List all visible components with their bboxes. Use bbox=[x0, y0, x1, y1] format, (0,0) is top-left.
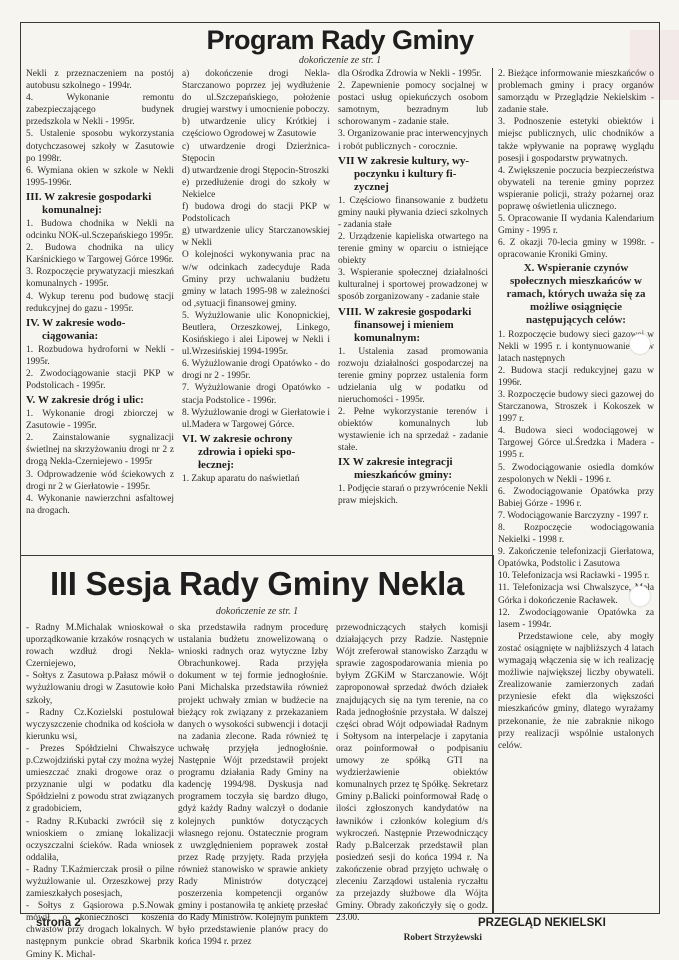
paragraph: 1. Wykonanie drogi zbiorczej w Zasutowie… bbox=[26, 408, 174, 432]
paragraph: - Radny R.Kubacki zwrócił się z wnioskie… bbox=[26, 816, 174, 864]
paragraph: 6. Z okazji 70-lecia gminy w 1998r. - op… bbox=[498, 237, 654, 261]
paragraph: 3. Podnoszenie estetyki obiektów i miejs… bbox=[498, 116, 654, 164]
section-heading: VIII. W zakresie gospodarkifinansowej i … bbox=[338, 306, 488, 345]
paragraph: 1. Częściowo finansowanie z budżetu gmin… bbox=[338, 195, 488, 231]
article1-column-1: Nekli z przeznaczeniem na postój autobus… bbox=[22, 68, 178, 517]
headline-iii-sesja: III Sesja Rady Gminy Nekla bbox=[20, 565, 494, 603]
paragraph: e) przedłużenie drogi do szkoły w Nekiel… bbox=[182, 177, 330, 201]
continuation-note: dokończenie ze str. 1 bbox=[20, 55, 660, 66]
article2-column-3: przewodniczących stałych komisji działaj… bbox=[332, 622, 492, 944]
paragraph: 2. Bieżące informowanie mieszkańców o pr… bbox=[498, 68, 654, 116]
paragraph: 2. Budowa chodnika na ulicy Karśnickiego… bbox=[26, 242, 174, 266]
paragraph: a) dokończenie drogi Nekla-Starczanowo p… bbox=[182, 68, 330, 116]
continuation-note: dokończenie ze str. 1 bbox=[20, 606, 494, 617]
paragraph: g) utwardzenie ulicy Starczanowskiej w N… bbox=[182, 225, 330, 249]
article1-column-4: 2. Bieżące informowanie mieszkańców o pr… bbox=[494, 68, 658, 752]
paragraph: 6. Zwodociągowanie Opatówka przy Babiej … bbox=[498, 486, 654, 510]
paragraph: c) utwardzenie drogi Dzierżnica-Stępocin bbox=[182, 141, 330, 165]
section-heading-line: komunalnej: bbox=[26, 204, 174, 217]
paragraph: - Sołtys z Zasutowa p.Pałasz mówił o wyż… bbox=[26, 670, 174, 706]
paper-hole bbox=[630, 586, 650, 606]
paragraph: 3. Organizowanie prac interwencyjnych i … bbox=[338, 128, 488, 152]
paragraph: 3. Rozpoczęcie prywatyzacji mieszkań kom… bbox=[26, 266, 174, 290]
paragraph: 3. Wspieranie społecznej działalności ku… bbox=[338, 267, 488, 303]
paragraph: 3. Odprowadzenie wód ściekowych z drogi … bbox=[26, 469, 174, 493]
paragraph: 1. Zakup aparatu do naświetlań bbox=[182, 473, 330, 485]
paragraph: O kolejności wykonywania prac na w/w odc… bbox=[182, 249, 330, 309]
paragraph: 1. Rozbudowa hydroforni w Nekli - 1995r. bbox=[26, 344, 174, 368]
section-heading-line: VII W zakresie kultury, wy- bbox=[338, 155, 469, 167]
page-number: strona 2 bbox=[36, 917, 81, 929]
section-heading: VII W zakresie kultury, wy-poczynku i ku… bbox=[338, 155, 488, 194]
section-heading: IV. W zakresie wodo-ciągowania: bbox=[26, 317, 174, 343]
paragraph: 10. Telefonizacja wsi Racławki - 1995 r. bbox=[498, 570, 654, 582]
paragraph: 4. Zwiększenie poczucia bezpieczeństwa o… bbox=[498, 165, 654, 213]
section-heading-line: III. W zakresie gospodarki bbox=[26, 191, 151, 203]
section-heading-line: VIII. W zakresie gospodarki bbox=[338, 306, 471, 318]
paragraph: 6. Wyżużlowanie drogi Opatówko - do drog… bbox=[182, 358, 330, 382]
paragraph: f) budowa drogi do stacji PKP w Podstoli… bbox=[182, 201, 330, 225]
paragraph: b) utwardzenie ulicy Krótkiej i częściow… bbox=[182, 116, 330, 140]
headline-program-rady-gminy: Program Rady Gminy bbox=[20, 25, 660, 56]
paragraph: 2. Urządzenie kapieliska otwartego na te… bbox=[338, 231, 488, 267]
paragraph: 8. Rozpoczęcie wodociągowania Nekielki -… bbox=[498, 522, 654, 546]
paragraph: 2. Budowa stacji redukcyjnej gazu w 1996… bbox=[498, 365, 654, 389]
section-heading-line: zdrowia i opieki spo- bbox=[182, 446, 330, 459]
paragraph: 4. Wykonanie nawierzchni asfaltowej na d… bbox=[26, 493, 174, 517]
paragraph: - Prezes Spółdzielni Chwałszyce p.Czwojd… bbox=[26, 743, 174, 816]
paragraph: 5. Wyżużlowanie ulic Konopnickiej, Beutl… bbox=[182, 310, 330, 358]
paragraph: przewodniczących stałych komisji działaj… bbox=[336, 622, 488, 924]
paper-hole bbox=[630, 334, 650, 354]
paragraph: 6. Wymiana okien w szkole w Nekli 1995-1… bbox=[26, 165, 174, 189]
section-heading-line: mieszkańców gminy: bbox=[338, 469, 488, 482]
article1-column-2: a) dokończenie drogi Nekla-Starczanowo p… bbox=[178, 68, 334, 485]
paragraph: 2. Zwodociągowanie stacji PKP w Podstoli… bbox=[26, 368, 174, 392]
paragraph: 8. Wyżużlowanie drogi w Gierłatowie i ul… bbox=[182, 407, 330, 431]
paragraph: - Radny T.Kaźmierczak prosił o pilne wyż… bbox=[26, 864, 174, 900]
paragraph: 7. Wyżużlowanie drogi Opatówko - stacja … bbox=[182, 382, 330, 406]
section-heading-line: zycznej bbox=[338, 181, 488, 194]
paragraph: dla Ośrodka Zdrowia w Nekli - 1995r. bbox=[338, 68, 488, 80]
paragraph: 3. Rozpoczęcie budowy sieci gazowej do S… bbox=[498, 389, 654, 425]
section-heading-line: V. W zakresie dróg i ulic: bbox=[26, 394, 144, 406]
paragraph: 5. Zwodociągowanie osiedla domków zespol… bbox=[498, 462, 654, 486]
section-heading: IX W zakresie integracjimieszkańców gmin… bbox=[338, 456, 488, 482]
paragraph: Przedstawione cele, aby mogły zostać osi… bbox=[498, 631, 654, 752]
paragraph: Nekli z przeznaczeniem na postój autobus… bbox=[26, 68, 174, 92]
section-heading: X. Wspieranie czynów społecznych mieszka… bbox=[498, 262, 654, 327]
paragraph: 5. Opracowanie II wydania Kalendarium Gm… bbox=[498, 213, 654, 237]
paragraph: - Radny M.Michalak wnioskował o uporządk… bbox=[26, 622, 174, 670]
paragraph: 1. Budowa chodnika w Nekli na odcinku NO… bbox=[26, 218, 174, 242]
newspaper-page: Program Rady Gminy dokończenie ze str. 1… bbox=[0, 0, 679, 960]
paragraph: 12. Zwodociągowanie Opatówka za lasem - … bbox=[498, 607, 654, 631]
paragraph: - Sołtys z Gąsiorowa p.S.Nowak mówił o k… bbox=[26, 900, 174, 960]
article2-column-1: - Radny M.Michalak wnioskował o uporządk… bbox=[22, 622, 178, 960]
paragraph: 1. Podjęcie starań o przywrócenie Nekli … bbox=[338, 483, 488, 507]
paragraph: 4. Wykup terenu pod budowę stacji redukc… bbox=[26, 291, 174, 315]
paragraph: 4. Wykonanie remontu zabezpieczającego b… bbox=[26, 92, 174, 128]
section-heading-line: ciągowania: bbox=[26, 330, 174, 343]
paragraph: 7. Wodociągowanie Barczyzny - 1997 r. bbox=[498, 510, 654, 522]
section-heading-line: finansowej i mieniem bbox=[338, 319, 488, 332]
paragraph: 5. Ustalenie sposobu wykorzystania dotyc… bbox=[26, 128, 174, 164]
section-heading: III. W zakresie gospodarkikomunalnej: bbox=[26, 191, 174, 217]
section-heading-line: IX W zakresie integracji bbox=[338, 456, 453, 468]
paragraph: 9. Zakończenie telefonizacji Gierłatowa,… bbox=[498, 546, 654, 570]
section-heading-line: VI. W zakresie ochrony bbox=[182, 433, 292, 445]
article1-column-3: dla Ośrodka Zdrowia w Nekli - 1995r.2. Z… bbox=[334, 68, 492, 508]
paragraph: d) utwardzenie drogi Stępocin-Stroszki bbox=[182, 165, 330, 177]
publication-name: PRZEGLĄD NEKIELSKI bbox=[478, 917, 606, 929]
paragraph: - Radny Cz.Kozielski postulował wyczyszc… bbox=[26, 707, 174, 743]
section-heading: V. W zakresie dróg i ulic: bbox=[26, 394, 174, 407]
column-divider bbox=[492, 68, 493, 914]
section-heading-line: łecznej: bbox=[182, 459, 330, 472]
section-heading-line: IV. W zakresie wodo- bbox=[26, 317, 125, 329]
paragraph: 4. Budowa sieci wodociągowej w Targowej … bbox=[498, 425, 654, 461]
section-heading: VI. W zakresie ochronyzdrowia i opieki s… bbox=[182, 433, 330, 472]
article2-column-2: ska przedstawiła radnym procedurę ustala… bbox=[174, 622, 332, 949]
author-signature: Robert Strzyżewski bbox=[336, 932, 488, 944]
paragraph: ska przedstawiła radnym procedurę ustala… bbox=[178, 622, 328, 949]
paragraph: 2. Zapewnienie pomocy socjalnej w postac… bbox=[338, 80, 488, 128]
section-heading-line: komunalnym: bbox=[338, 332, 488, 345]
paragraph: 2. Zainstalowanie sygnalizacji świetlnej… bbox=[26, 432, 174, 468]
paragraph: 2. Pełne wykorzystanie terenów i obiektó… bbox=[338, 406, 488, 454]
section-heading-line: poczynku i kultury fi- bbox=[338, 168, 488, 181]
paragraph: 1. Ustalenia zasad promowania rozwoju dz… bbox=[338, 346, 488, 406]
